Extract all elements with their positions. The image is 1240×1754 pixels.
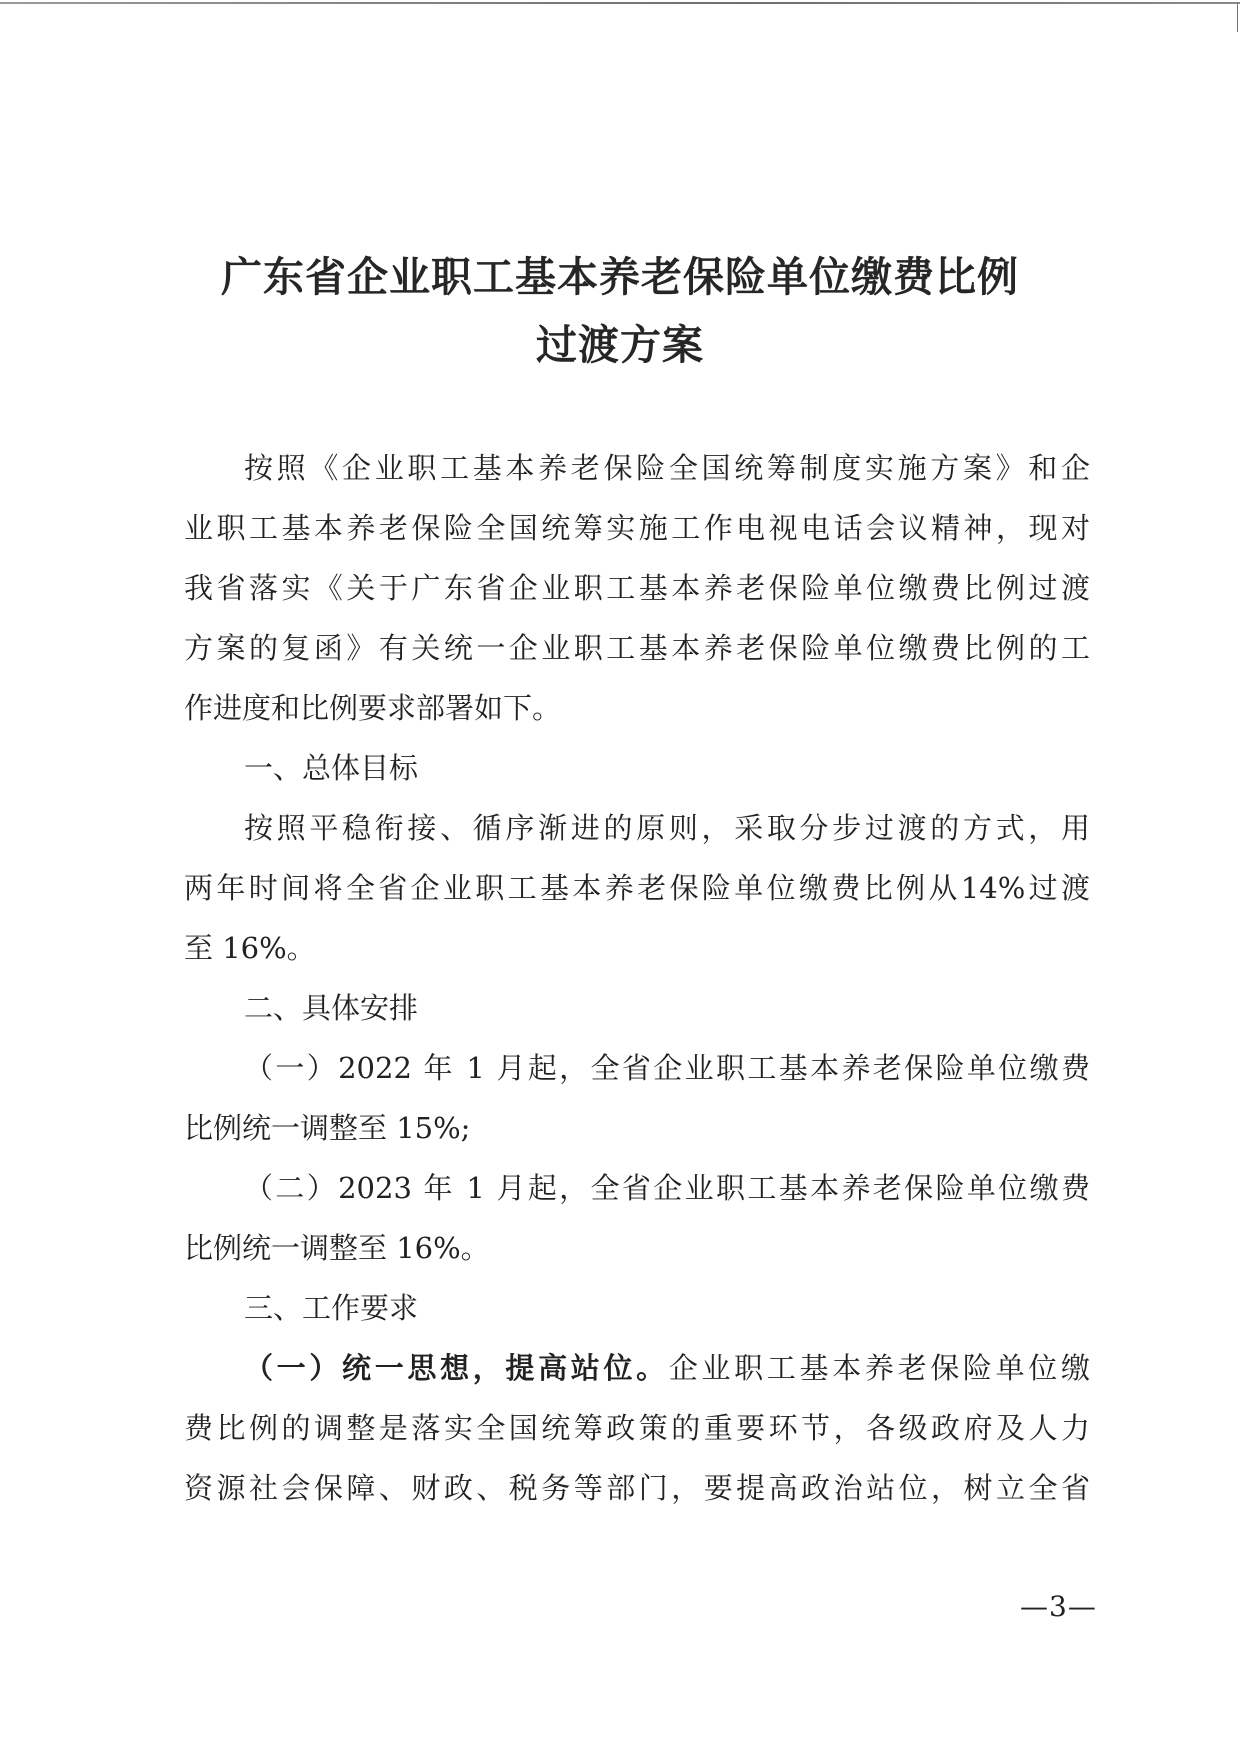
- document-title-line-2: 过渡方案: [0, 312, 1240, 371]
- requirement-1-line-3: 资源社会保障、财政、税务等部门，要提高政治站位，树立全省: [184, 1458, 1090, 1518]
- scan-border-top: [0, 2, 1240, 4]
- requirement-1-line-1: （一）统一思想，提高站位。企业职工基本养老保险单位缴: [184, 1338, 1090, 1398]
- requirement-1-lead: （一）统一思想，提高站位。: [244, 1351, 669, 1385]
- arrangement-1-line-2: 比例统一调整至 15%;: [184, 1098, 1090, 1158]
- section-heading-overall-goal: 一、总体目标: [244, 738, 418, 798]
- document-title-line-1: 广东省企业职工基本养老保险单位缴费比例: [0, 244, 1240, 303]
- page-number: —3—: [1020, 1590, 1097, 1623]
- section-1-line-3: 至 16%。: [184, 918, 1090, 978]
- arrangement-2-line-1: （二）2023 年 1 月起，全省企业职工基本养老保险单位缴费: [184, 1158, 1090, 1218]
- intro-line-2: 业职工基本养老保险全国统筹实施工作电视电话会议精神，现对: [184, 498, 1090, 558]
- requirement-1-first-line-rest: 企业职工基本养老保险单位缴: [669, 1351, 1090, 1385]
- arrangement-1-line-1: （一）2022 年 1 月起，全省企业职工基本养老保险单位缴费: [184, 1038, 1090, 1098]
- requirement-1-line-2: 费比例的调整是落实全国统筹政策的重要环节，各级政府及人力: [184, 1398, 1090, 1458]
- scan-border-right: [1237, 2, 1238, 32]
- section-heading-specific-arrangements: 二、具体安排: [244, 978, 418, 1038]
- intro-line-3: 我省落实《关于广东省企业职工基本养老保险单位缴费比例过渡: [184, 558, 1090, 618]
- intro-line-5: 作进度和比例要求部署如下。: [184, 678, 1090, 738]
- intro-line-1: 按照《企业职工基本养老保险全国统筹制度实施方案》和企: [184, 438, 1090, 498]
- arrangement-2-line-2: 比例统一调整至 16%。: [184, 1218, 1090, 1278]
- intro-line-4: 方案的复函》有关统一企业职工基本养老保险单位缴费比例的工: [184, 618, 1090, 678]
- section-heading-work-requirements: 三、工作要求: [244, 1278, 418, 1338]
- section-1-line-1: 按照平稳衔接、循序渐进的原则，采取分步过渡的方式，用: [184, 798, 1090, 858]
- section-1-line-2: 两年时间将全省企业职工基本养老保险单位缴费比例从14%过渡: [184, 858, 1090, 918]
